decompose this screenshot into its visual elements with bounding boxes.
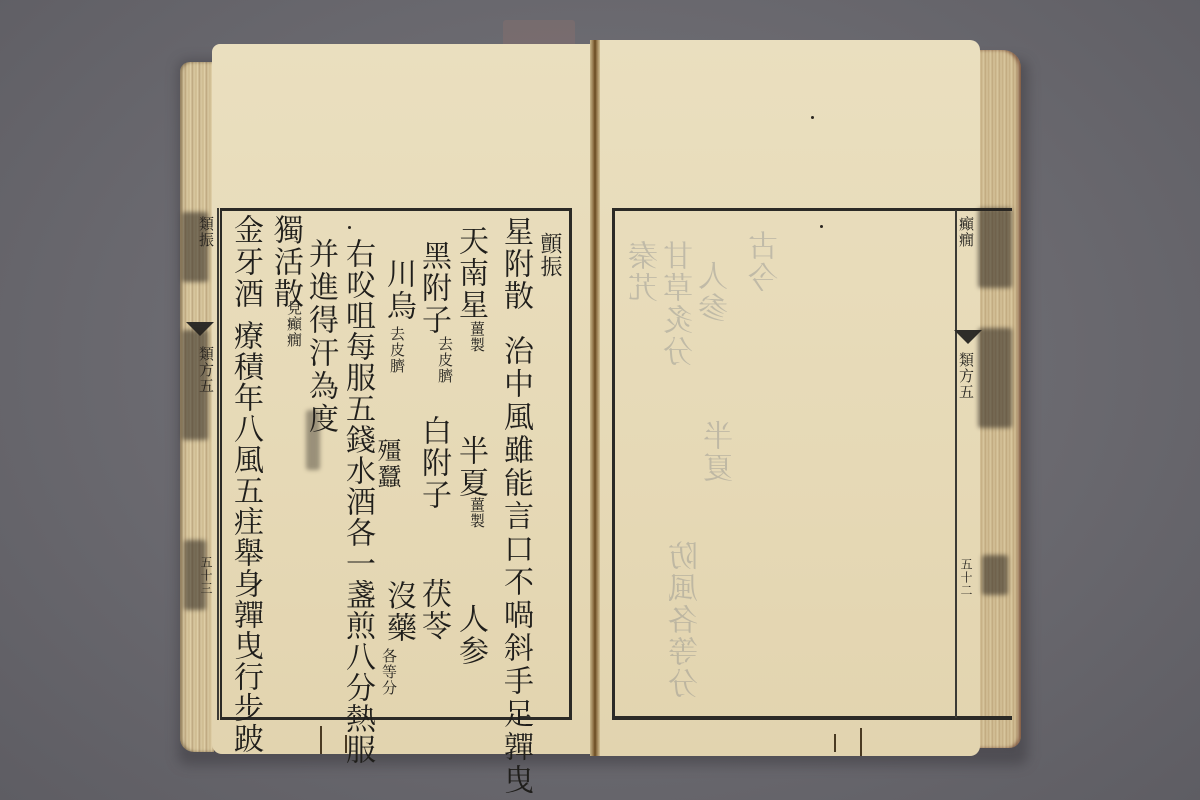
- ingredient-note: 去皮臍: [389, 326, 404, 374]
- ingredient-name: 白附子: [418, 415, 448, 511]
- ingredient-dosage-note: 各等分: [381, 648, 396, 696]
- ingredient-note: 去皮臍: [418, 336, 452, 384]
- bleed-through-text: 半夏: [707, 420, 737, 484]
- bleed-through-text: 甘草炙分: [667, 240, 697, 368]
- right-margin-label: 類方五: [958, 352, 973, 400]
- section-label: 顫振: [538, 232, 560, 278]
- right-margin-page-number: 五十二: [960, 558, 972, 597]
- ingredient-name: 半夏: [455, 435, 485, 499]
- bleed-through-text: 防風各等分: [672, 540, 702, 700]
- ingredient-name: 沒藥: [383, 580, 413, 644]
- preparation-instructions-continued: 并進得汗為度: [305, 238, 335, 436]
- ink-offset-smudge: [982, 555, 1008, 595]
- punctuation-dot: [348, 226, 351, 229]
- ingredient-note: 薑製: [469, 321, 484, 353]
- formula-indication: 療積年八風五疰舉身嚲曳行步跛: [230, 320, 260, 754]
- ingredient-name: 人参: [455, 603, 485, 667]
- formula-indication: 治中風雖能言口不喎斜手足嚲曳: [500, 335, 530, 797]
- ingredient-name: 茯苓: [418, 578, 448, 642]
- ink-offset-smudge: [978, 208, 1012, 288]
- preparation-instructions: 右㕮咀每服五錢水酒各一盞煎八分熱服: [342, 238, 372, 765]
- cross-reference-note: 見癲癇: [286, 300, 301, 348]
- bleed-through-text: 古今: [752, 230, 782, 294]
- ink-offset-smudge: [182, 212, 208, 282]
- left-fold-margin-line: [217, 208, 219, 720]
- binding-thread-mark: [860, 728, 862, 756]
- formula-title: 金牙酒: [230, 214, 260, 310]
- ingredient-name: 天南星: [455, 225, 485, 321]
- right-fold-margin-line: [955, 210, 957, 718]
- ingredient-name: 黑附子: [418, 240, 448, 336]
- paper-speck: [811, 116, 814, 119]
- ink-offset-smudge: [182, 330, 208, 440]
- bleed-through-text: 秦艽: [632, 240, 662, 304]
- right-margin-title: 癲癇: [958, 216, 973, 248]
- book-gutter: [590, 40, 600, 756]
- formula-title: 星附散: [500, 216, 530, 312]
- binding-thread-mark: [834, 734, 836, 752]
- ingredient-note: 薑製: [469, 497, 484, 529]
- bleed-through-text: 人参: [702, 260, 732, 324]
- paper-speck: [820, 225, 823, 228]
- ink-offset-smudge: [978, 328, 1012, 428]
- ink-offset-smudge: [184, 540, 206, 610]
- ingredient-name: 川烏: [383, 258, 413, 322]
- bleed-through-text-area: 秦艽 甘草炙分 人参 防風各等分 半夏 古今: [612, 240, 952, 710]
- binding-thread-mark: [345, 735, 347, 753]
- ingredient-name: 殭蠶: [375, 438, 399, 490]
- formula-title: 獨活散: [270, 214, 300, 310]
- binding-thread-mark: [320, 726, 322, 754]
- ink-smudge: [306, 410, 320, 470]
